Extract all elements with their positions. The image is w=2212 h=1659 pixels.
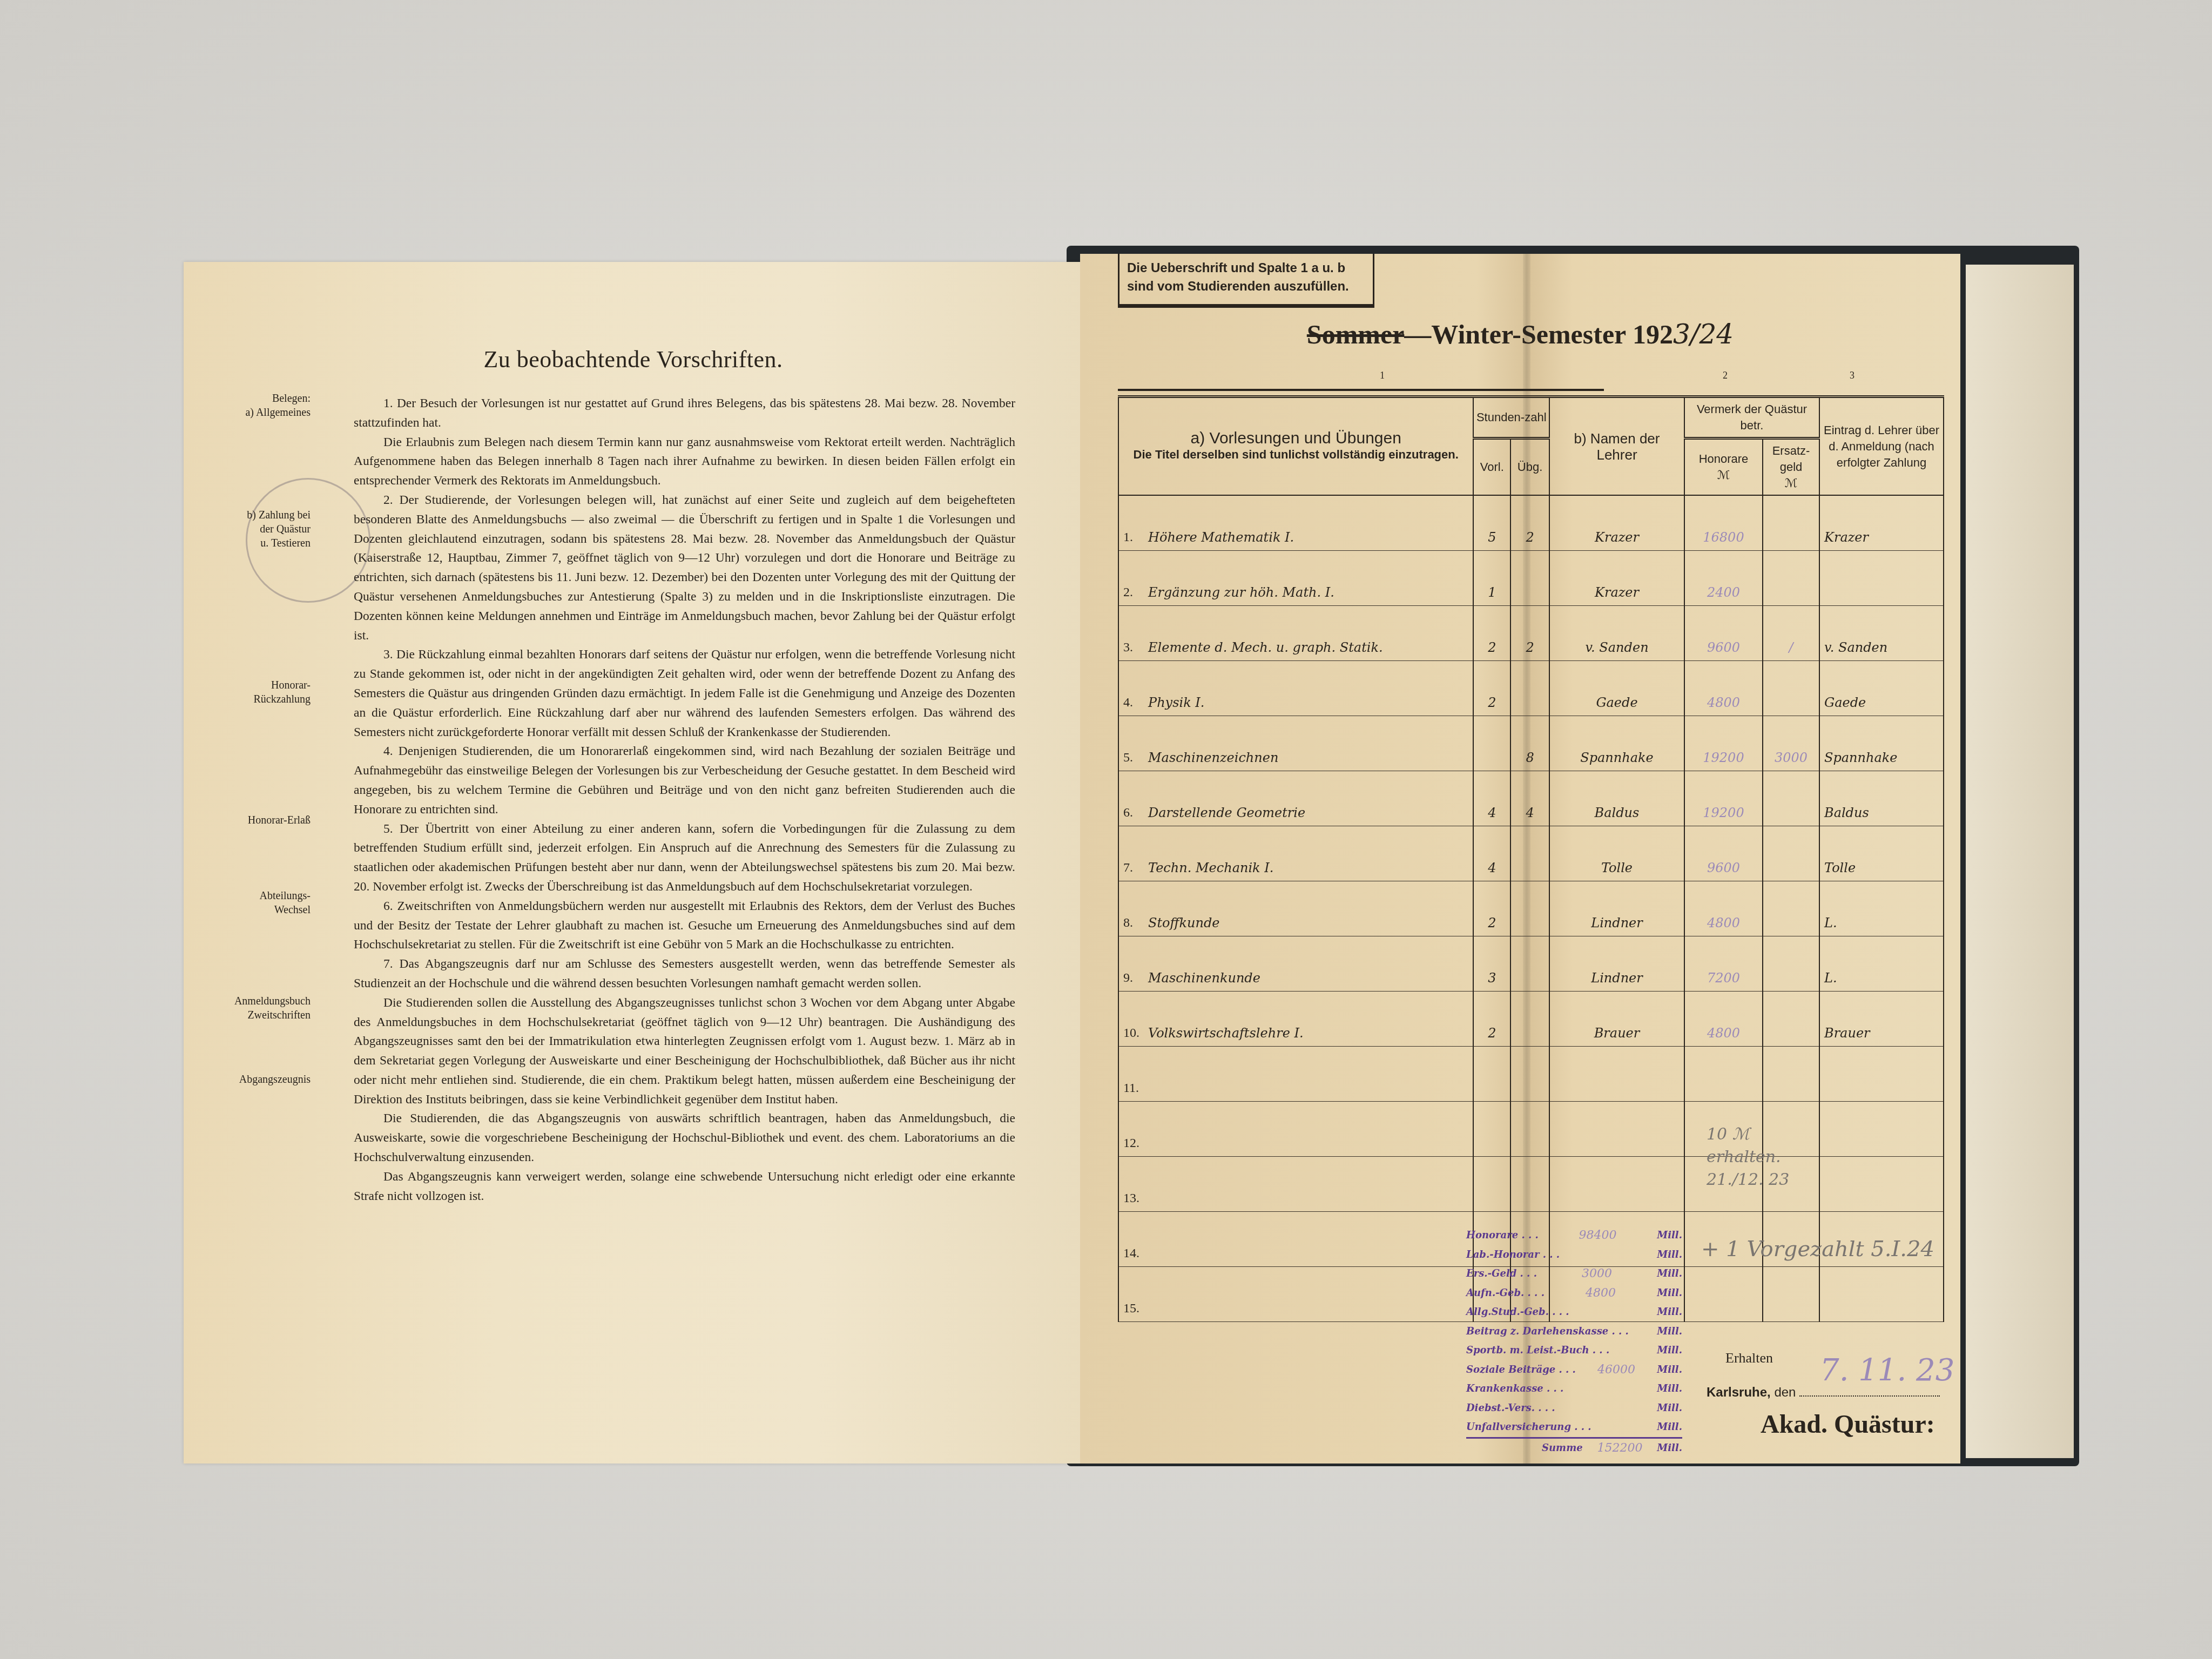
teacher-name [1549,1157,1684,1212]
honorar-fee: 4800 [1684,992,1763,1047]
lecture-hours: 4 [1473,771,1510,826]
margin-note: Rückzahlung [253,692,311,707]
header-quaestur: Vermerk der Quästur betr. [1684,397,1819,439]
header-teacher: b) Namen der Lehrer [1549,397,1684,496]
ersatz-fee [1763,992,1819,1047]
header-hours: Stunden-zahl [1473,397,1549,439]
page-title: Zu beobachtende Vorschriften. [184,346,1083,373]
teacher-signature: L. [1819,881,1944,936]
row-number: 5. [1118,716,1144,771]
exercise-hours [1510,661,1549,716]
lecture-hours [1473,716,1510,771]
course-title: Techn. Mechanik I. [1144,826,1473,881]
teacher-name: Brauer [1549,992,1684,1047]
row-number: 8. [1118,881,1144,936]
ersatz-fee [1763,661,1819,716]
teacher-signature: Gaede [1819,661,1944,716]
lecture-hours: 2 [1473,661,1510,716]
header-eintrag: Eintrag d. Lehrer über d. Anmeldung (nac… [1819,397,1944,496]
ersatz-fee: 3000 [1763,716,1819,771]
lecture-hours: 4 [1473,826,1510,881]
fee-row: Honorare . . .98400Mill. [1466,1226,1682,1245]
teacher-name [1549,1102,1684,1157]
honorar-fee: 16800 [1684,495,1763,551]
teacher-signature: Baldus [1819,771,1944,826]
margin-note: Honorar-Erlaß [248,813,311,828]
honorar-fee [1684,1047,1763,1102]
row-number: 2. [1118,551,1144,606]
honorar-fee: 7200 [1684,936,1763,992]
exercise-hours: 4 [1510,771,1549,826]
exercise-hours: 2 [1510,495,1549,551]
row-number: 15. [1118,1267,1144,1322]
regulation-paragraph: 6. Zweitschriften von Anmeldungsbüchern … [354,897,1015,955]
honorar-fee: 4800 [1684,881,1763,936]
ersatz-fee [1763,551,1819,606]
teacher-name [1549,1047,1684,1102]
honorar-fee: 19200 [1684,716,1763,771]
teacher-signature: v. Sanden [1819,606,1944,661]
teacher-name: Krazer [1549,495,1684,551]
fee-row: Soziale Beiträge . . .46000Mill. [1466,1360,1682,1380]
teacher-signature [1819,551,1944,606]
table-row: 11. [1118,1047,1944,1102]
semester-heading: Sommer—Winter-Semester 1923/24 [1080,319,1960,350]
ersatz-fee [1763,936,1819,992]
fee-row: Lab.-Honorar . . .Mill. [1466,1245,1682,1265]
course-title: Volkswirtschaftslehre I. [1144,992,1473,1047]
course-title: Maschinenkunde [1144,936,1473,992]
row-number: 3. [1118,606,1144,661]
exercise-hours: 2 [1510,606,1549,661]
row-number: 4. [1118,661,1144,716]
honorar-fee: 9600 [1684,826,1763,881]
lecture-hours: 2 [1473,992,1510,1047]
row-number: 13. [1118,1157,1144,1212]
row-number: 11. [1118,1047,1144,1102]
date-handwritten: 7. 11. 23 [1820,1353,1954,1388]
row-number: 9. [1118,936,1144,992]
table-row: 7.Techn. Mechanik I.4Tolle9600Tolle [1118,826,1944,881]
course-title [1144,1047,1473,1102]
fee-stamp: Honorare . . .98400Mill.Lab.-Honorar . .… [1466,1226,1682,1458]
teacher-name: Krazer [1549,551,1684,606]
table-row: 10.Volkswirtschaftslehre I.2Brauer4800Br… [1118,992,1944,1047]
honorar-fee [1684,1267,1763,1322]
teacher-signature [1819,1102,1944,1157]
course-title: Elemente d. Mech. u. graph. Statik. [1144,606,1473,661]
teacher-signature: Spannhake [1819,716,1944,771]
regulation-paragraph: 7. Das Abgangszeugnis darf nur am Schlus… [354,955,1015,994]
exercise-hours [1510,936,1549,992]
exercise-hours [1510,551,1549,606]
column-brace-rule [1118,389,1604,391]
table-row: 6.Darstellende Geometrie44Baldus19200Bal… [1118,771,1944,826]
lecture-hours: 1 [1473,551,1510,606]
exercise-hours [1510,1102,1549,1157]
header-lectures: a) Vorlesungen und Übungen Die Titel der… [1118,397,1473,496]
course-title: Ergänzung zur höh. Math. I. [1144,551,1473,606]
margin-note: Wechsel [274,902,311,918]
margin-note: a) Allgemeines [245,405,311,420]
fee-row: Krankenkasse . . .Mill. [1466,1379,1682,1399]
table-row: 9.Maschinenkunde3Lindner7200L. [1118,936,1944,992]
fee-row: Ers.-Geld . . .3000Mill. [1466,1264,1682,1284]
lecture-hours: 2 [1473,881,1510,936]
margin-note: Anmeldungsbuch [234,994,311,1009]
row-number: 6. [1118,771,1144,826]
lecture-hours [1473,1047,1510,1102]
margin-note: u. Testieren [260,536,311,551]
row-number: 10. [1118,992,1144,1047]
regulation-paragraph: Die Erlaubnis zum Belegen nach diesem Te… [354,433,1015,491]
regulation-paragraph: 5. Der Übertritt von einer Abteilung zu … [354,820,1015,897]
teacher-signature: L. [1819,936,1944,992]
margin-note: Zweitschriften [247,1008,311,1023]
ersatz-fee [1763,826,1819,881]
teacher-name: Baldus [1549,771,1684,826]
teacher-signature [1819,1267,1944,1322]
teacher-name: Spannhake [1549,716,1684,771]
row14-note: 10 ℳ erhalten. 21./12. 23 [1707,1123,1825,1191]
teacher-name: Gaede [1549,661,1684,716]
honorar-fee: 4800 [1684,661,1763,716]
semester-year-handwritten: 3/24 [1673,319,1734,350]
teacher-signature: Krazer [1819,495,1944,551]
table-row: 5.Maschinenzeichnen8Spannhake192003000Sp… [1118,716,1944,771]
exercise-hours [1510,881,1549,936]
honorar-fee: 2400 [1684,551,1763,606]
regulation-paragraph: Die Studierenden sollen die Ausstellung … [354,994,1015,1110]
header-ersatz: Ersatz-geldℳ [1763,439,1819,496]
teacher-name: v. Sanden [1549,606,1684,661]
teacher-name: Lindner [1549,881,1684,936]
exercise-hours: 8 [1510,716,1549,771]
teacher-signature [1819,1157,1944,1212]
honorar-fee: 19200 [1684,771,1763,826]
course-title: Physik I. [1144,661,1473,716]
header-honorare: Honorareℳ [1684,439,1763,496]
course-title: Stoffkunde [1144,881,1473,936]
column-number: 1 [1380,370,1385,381]
regulation-paragraph: Die Studierenden, die das Abgangszeugnis… [354,1109,1015,1167]
lecture-hours [1473,1102,1510,1157]
erhalten-label: Erhalten [1725,1350,1773,1366]
margin-note: Abteilungs- [260,888,311,903]
ersatz-fee: / [1763,606,1819,661]
teacher-signature [1819,1047,1944,1102]
ersatz-fee [1763,1047,1819,1102]
regulation-paragraph: 2. Der Studierende, der Vorlesungen bele… [354,491,1015,645]
course-title [1144,1212,1473,1267]
regulations-page: Zu beobachtende Vorschriften. Belegen:a)… [184,262,1083,1464]
row-number: 7. [1118,826,1144,881]
course-title [1144,1157,1473,1212]
course-title: Maschinenzeichnen [1144,716,1473,771]
exercise-hours [1510,1047,1549,1102]
table-row: 8.Stoffkunde2Lindner4800L. [1118,881,1944,936]
header-ubg: Übg. [1510,439,1549,496]
exercise-hours [1510,1157,1549,1212]
margin-note: Honorar- [271,678,311,693]
lecture-hours: 5 [1473,495,1510,551]
pencil-note: + 1 Vorgezahlt 5.I.24 [1701,1237,1934,1262]
fee-row: Aufn.-Geb. . . .4800Mill. [1466,1284,1682,1303]
exercise-hours [1510,826,1549,881]
column-number: 3 [1850,370,1854,381]
notice-box: Die Ueberschrift und Spalte 1 a u. b sin… [1118,254,1374,308]
fee-row: Diebst.-Vers. . . .Mill. [1466,1399,1682,1418]
row-number: 1. [1118,495,1144,551]
fee-row: Unfallversicherung . . .Mill. [1466,1418,1682,1437]
fee-row: Beitrag z. Darlehenskasse . . .Mill. [1466,1322,1682,1341]
semester-struck: Sommer [1307,319,1405,349]
margin-note: der Quästur [260,522,311,537]
table-row: 4.Physik I.2Gaede4800Gaede [1118,661,1944,716]
fee-total: Summe152200Mill. [1466,1437,1682,1458]
teacher-name: Lindner [1549,936,1684,992]
ersatz-fee [1763,495,1819,551]
regulation-paragraph: 4. Denjenigen Studierenden, die um Honor… [354,742,1015,819]
regulation-paragraph: 1. Der Besuch der Vorlesungen ist nur ge… [354,394,1015,433]
honorar-fee: 9600 [1684,606,1763,661]
regulations-text: 1. Der Besuch der Vorlesungen ist nur ge… [354,394,1015,1206]
book-endpaper [1966,265,2074,1458]
exercise-hours [1510,992,1549,1047]
row-number: 14. [1118,1212,1144,1267]
course-title [1144,1102,1473,1157]
fee-row: Allg.Stud.-Geb. . . .Mill. [1466,1303,1682,1322]
course-title: Höhere Mathematik I. [1144,495,1473,551]
margin-note: b) Zahlung bei [247,508,311,523]
lecture-hours: 2 [1473,606,1510,661]
margin-note: Abgangszeugnis [239,1072,311,1087]
ersatz-fee [1763,881,1819,936]
table-row: 1.Höhere Mathematik I.52Krazer16800Kraze… [1118,495,1944,551]
regulation-paragraph: 3. Die Rückzahlung einmal bezahlten Hono… [354,645,1015,742]
regulation-paragraph: Das Abgangszeugnis kann verweigert werde… [354,1168,1015,1206]
margin-note: Belegen: [272,391,311,406]
table-row: 3.Elemente d. Mech. u. graph. Statik.22v… [1118,606,1944,661]
teacher-signature: Tolle [1819,826,1944,881]
office-label: Akad. Quästur: [1761,1410,1935,1439]
course-title: Darstellende Geometrie [1144,771,1473,826]
row-number: 12. [1118,1102,1144,1157]
column-number: 2 [1723,370,1728,381]
fee-row: Sportb. m. Leist.-Buch . . .Mill. [1466,1341,1682,1360]
course-title [1144,1267,1473,1322]
teacher-name: Tolle [1549,826,1684,881]
table-header-row: a) Vorlesungen und Übungen Die Titel der… [1118,397,1944,439]
lecture-hours: 3 [1473,936,1510,992]
ersatz-fee [1763,771,1819,826]
teacher-signature: Brauer [1819,992,1944,1047]
lecture-hours [1473,1157,1510,1212]
table-row: 2.Ergänzung zur höh. Math. I.1Krazer2400 [1118,551,1944,606]
semester-printed: Winter-Semester 192 [1431,319,1673,349]
ersatz-fee [1763,1267,1819,1322]
header-vorl: Vorl. [1473,439,1510,496]
